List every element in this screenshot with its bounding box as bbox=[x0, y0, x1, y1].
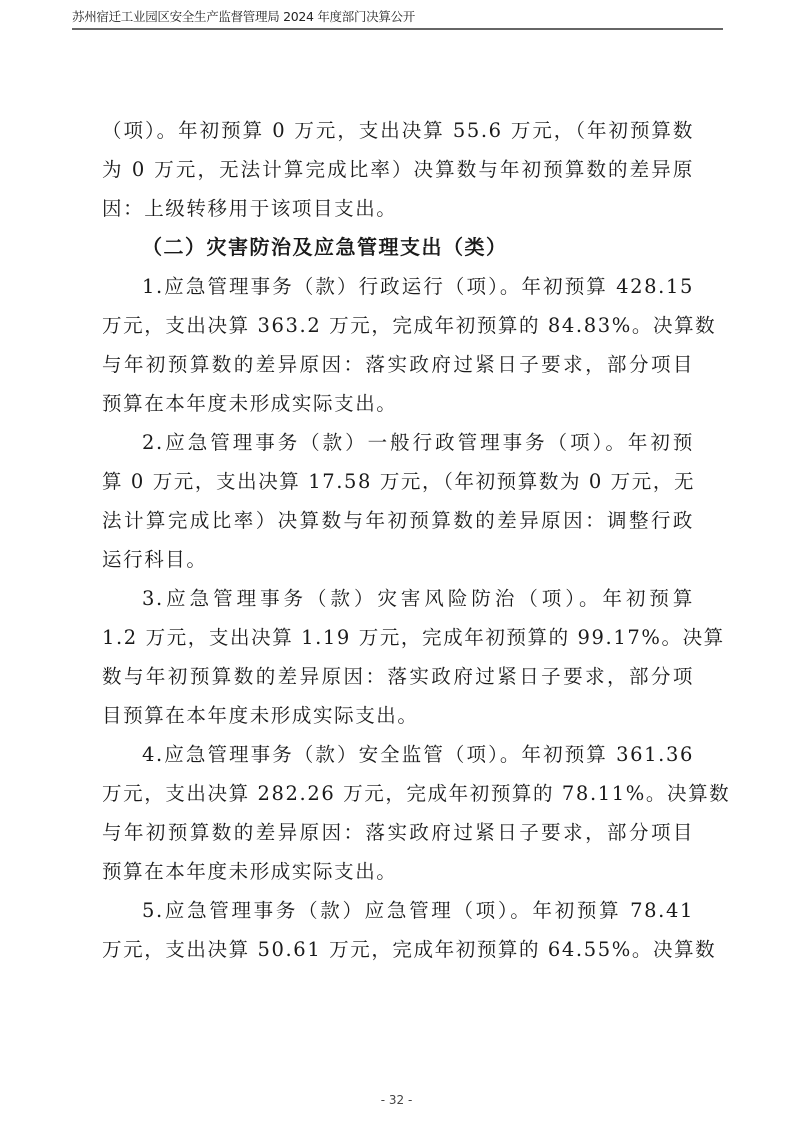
page-header: 苏州宿迁工业园区安全生产监督管理局 2024 年度部门决算公开 bbox=[72, 8, 723, 30]
section-heading: （二）灾害防治及应急管理支出（类） bbox=[102, 228, 694, 267]
page-number: - 32 - bbox=[0, 1093, 793, 1107]
item-paragraph-5: 5.应急管理事务（款）应急管理（项）。年初预算 78.41 万元，支出决算 50… bbox=[102, 891, 694, 969]
text-line: 为 0 万元，无法计算完成比率）决算数与年初预算数的差异原 bbox=[102, 150, 694, 189]
text-line: 与年初预算数的差异原因：落实政府过紧日子要求，部分项目 bbox=[102, 813, 694, 852]
text-line: 万元，支出决算 50.61 万元，完成年初预算的 64.55%。决算数 bbox=[102, 930, 694, 969]
text-line: 算 0 万元，支出决算 17.58 万元，（年初预算数为 0 万元，无 bbox=[102, 462, 694, 501]
text-line: 1.应急管理事务（款）行政运行（项）。年初预算 428.15 bbox=[102, 267, 694, 306]
item-paragraph-3: 3.应急管理事务（款）灾害风险防治（项）。年初预算 1.2 万元，支出决算 1.… bbox=[102, 579, 694, 735]
text-line: （项）。年初预算 0 万元，支出决算 55.6 万元，（年初预算数 bbox=[102, 111, 694, 150]
item-paragraph-2: 2.应急管理事务（款）一般行政管理事务（项）。年初预 算 0 万元，支出决算 1… bbox=[102, 423, 694, 579]
paragraph-continued: （项）。年初预算 0 万元，支出决算 55.6 万元，（年初预算数 为 0 万元… bbox=[102, 111, 694, 228]
text-line: 1.2 万元，支出决算 1.19 万元，完成年初预算的 99.17%。决算 bbox=[102, 618, 694, 657]
text-line: 万元，支出决算 363.2 万元，完成年初预算的 84.83%。决算数 bbox=[102, 306, 694, 345]
text-line: 预算在本年度未形成实际支出。 bbox=[102, 852, 694, 891]
text-line: 5.应急管理事务（款）应急管理（项）。年初预算 78.41 bbox=[102, 891, 694, 930]
text-line: 与年初预算数的差异原因：落实政府过紧日子要求，部分项目 bbox=[102, 345, 694, 384]
text-line: 2.应急管理事务（款）一般行政管理事务（项）。年初预 bbox=[102, 423, 694, 462]
text-line: 4.应急管理事务（款）安全监管（项）。年初预算 361.36 bbox=[102, 735, 694, 774]
text-line: 万元，支出决算 282.26 万元，完成年初预算的 78.11%。决算数 bbox=[102, 774, 694, 813]
text-line: 3.应急管理事务（款）灾害风险防治（项）。年初预算 bbox=[102, 579, 694, 618]
text-line: 因：上级转移用于该项目支出。 bbox=[102, 189, 694, 228]
text-line: 法计算完成比率）决算数与年初预算数的差异原因：调整行政 bbox=[102, 501, 694, 540]
item-paragraph-4: 4.应急管理事务（款）安全监管（项）。年初预算 361.36 万元，支出决算 2… bbox=[102, 735, 694, 891]
text-line: 目预算在本年度未形成实际支出。 bbox=[102, 696, 694, 735]
document-body: （项）。年初预算 0 万元，支出决算 55.6 万元，（年初预算数 为 0 万元… bbox=[102, 111, 694, 969]
header-title: 苏州宿迁工业园区安全生产监督管理局 2024 年度部门决算公开 bbox=[72, 7, 415, 25]
text-line: 数与年初预算数的差异原因：落实政府过紧日子要求，部分项 bbox=[102, 657, 694, 696]
text-line: 运行科目。 bbox=[102, 540, 694, 579]
item-paragraph-1: 1.应急管理事务（款）行政运行（项）。年初预算 428.15 万元，支出决算 3… bbox=[102, 267, 694, 423]
text-line: 预算在本年度未形成实际支出。 bbox=[102, 384, 694, 423]
